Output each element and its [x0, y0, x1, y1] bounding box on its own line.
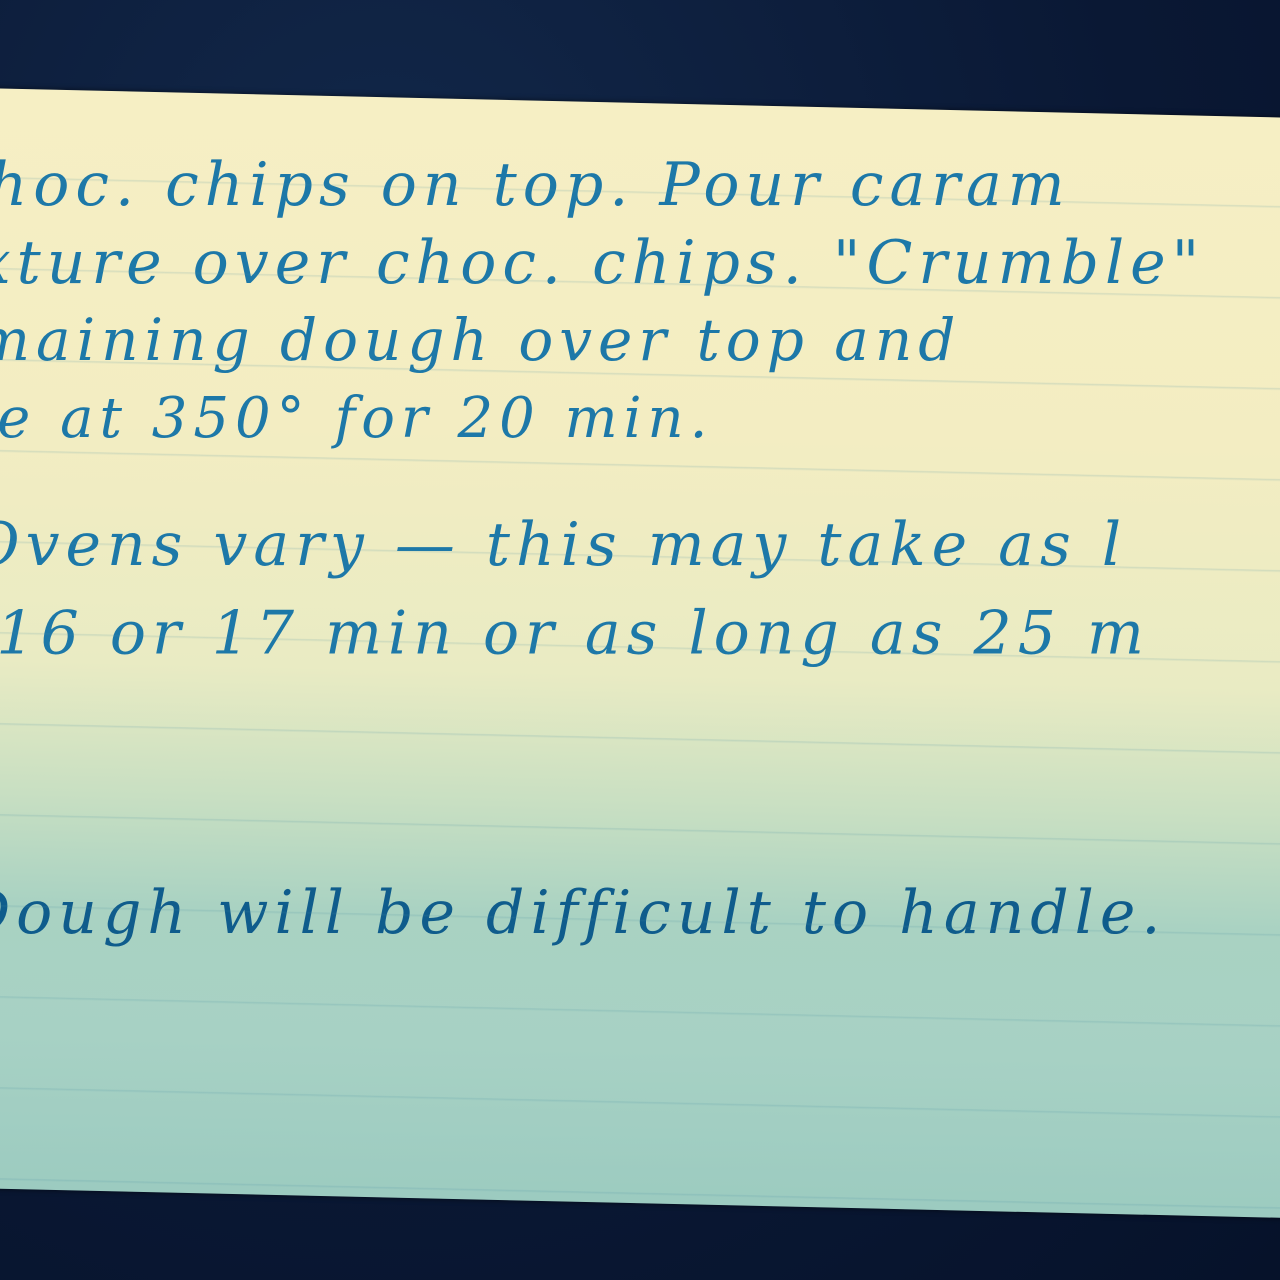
recipe-card: hoc. chips on top. Pour caram xture over… — [0, 88, 1280, 1218]
handwritten-note: Dough will be difficult to handle. — [0, 878, 1166, 948]
handwritten-line: 16 or 17 min or as long as 25 m — [0, 599, 1150, 669]
handwritten-line: xture over choc. chips. "Crumble" — [0, 228, 1205, 298]
handwritten-line: Ovens vary — this may take as l — [0, 510, 1127, 580]
handwritten-line: maining dough over top and — [0, 306, 961, 374]
handwritten-line: le at 350° for 20 min. — [0, 386, 713, 451]
photo-background: hoc. chips on top. Pour caram xture over… — [0, 0, 1280, 1280]
handwritten-line: hoc. chips on top. Pour caram — [0, 150, 1071, 220]
